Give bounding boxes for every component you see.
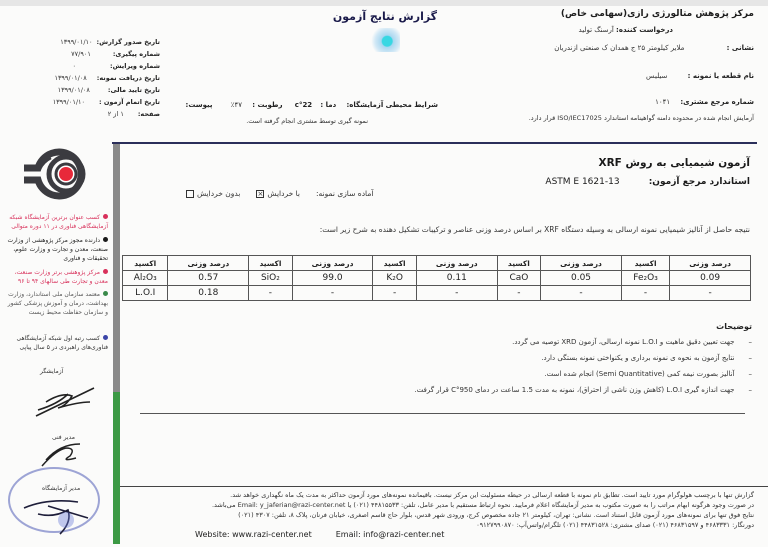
humidity-value: ۴۷٪: [231, 101, 242, 109]
meta-page-number: صفحه:۱ از ۲: [40, 110, 160, 118]
note-item: جهت تعیین دقیق ماهیت و L.O.I نمونه ارسال…: [414, 338, 752, 354]
note-item: آنالیز بصورت نیمه کمی (Semi Quantitative…: [414, 370, 752, 386]
meta-test-completion-date: تاریخ اتمام آزمون :۱۳۹۹/۰۱/۱۰: [40, 98, 160, 106]
notes-list: جهت تعیین دقیق ماهیت و L.O.I نمونه ارسال…: [414, 338, 752, 402]
footer-line-2: در صورت وجود هرگونه ابهام مراتب را به صو…: [212, 501, 754, 509]
sample-name-row: نام قطعه یا نمونه : سیلیس: [646, 72, 754, 80]
note-item: نتایج آزمون به نحوه ی نمونه برداری و یکن…: [414, 354, 752, 370]
unchecked-checkbox-icon[interactable]: [186, 190, 194, 198]
table-row: - - - - - - - - 0.18 L.O.I: [123, 286, 751, 301]
razi-center-logo-icon: [20, 142, 100, 206]
meta-tracking-number: شماره پیگیری:۷۷/۹۰۱: [40, 50, 160, 58]
customer-ref-row: شماره مرجع مشتری: ۱۰۴۱: [655, 98, 754, 106]
sidebar-bullet: کسب عنوان برترین آزمایشگاه شبکه آزمایشگا…: [4, 213, 108, 231]
standard-row: استاندارد مرجع آزمون: ASTM E 1621-13: [545, 177, 750, 187]
note-item: جهت اندازه گیری L.O.I (کاهش وزن ناشی از …: [414, 386, 752, 402]
footer-contacts: Website: www.razi-center.net Email: info…: [195, 530, 444, 539]
bullet-dot-icon: [103, 214, 108, 219]
footer-divider: [120, 486, 768, 487]
results-intro: نتیجه حاصل از آنالیز شیمیایی نمونه ارسال…: [320, 225, 750, 234]
sidebar-bullet: معتمد سازمان ملی استاندارد، وزارت بهداشت…: [4, 290, 108, 317]
meta-receive-date: تاریخ دریافت نمونه:۱۳۹۹/۰۱/۰۸: [40, 74, 160, 82]
requester-value: آرسنگ تولید: [579, 26, 614, 34]
footer-line-3: نتایج فوق تنها برای نمونه‌های مورد آزمون…: [238, 511, 754, 519]
notes-title: توضیحات: [716, 322, 752, 331]
hologram-qr-icon: [368, 28, 400, 52]
customer-ref-value: ۱۰۴۱: [655, 98, 670, 106]
prep-option-without-grinding[interactable]: بدون خردایش: [186, 189, 240, 198]
bullet-dot-icon: [103, 269, 108, 274]
xrf-results-table: درصد وزنی اکسید درصد وزنی اکسید درصد وزن…: [122, 255, 751, 301]
standard-value: ASTM E 1621-13: [545, 177, 619, 187]
bullet-dot-icon: [103, 335, 108, 340]
tester-label: آزمایشگر: [40, 368, 63, 375]
sample-name-value: سیلیس: [646, 72, 667, 80]
top-shadow: [0, 0, 768, 6]
footer-line-1: گزارش تنها با برچسب هولوگرام مورد تایید …: [230, 491, 754, 499]
section-title: آزمون شیمیایی به روش XRF: [599, 157, 751, 169]
temperature-value: 22°c: [295, 101, 312, 109]
sidebar-bullet: مرکز پژوهشی برتر وزارت صنعت، معدن و تجار…: [4, 268, 108, 286]
checked-checkbox-icon[interactable]: ×: [256, 190, 264, 198]
bullet-dot-icon: [103, 291, 108, 296]
prep-option-with-grinding[interactable]: با خردایش×: [256, 189, 300, 198]
left-accent-bar: [113, 144, 120, 544]
lab-manager-signature-icon: [18, 488, 98, 538]
sidebar-bullet: دارنده مجوز مرکز پژوهشی از وزارت صنعت، م…: [4, 236, 108, 263]
accreditation-note: آزمایش انجام شده در محدوده دامنه گواهینا…: [529, 114, 754, 122]
requester-row: درخواست کننده: آرسنگ تولید: [579, 26, 673, 34]
lab-conditions-row: شرایط محیطی آزمایشگاه: دما : 22°c رطوبت …: [186, 101, 438, 109]
sidebar-bullet: کسب رتبه اول شبکه آزمایشگاهی فناوری‌های …: [4, 334, 108, 352]
table-header-row: درصد وزنی اکسید درصد وزنی اکسید درصد وزن…: [123, 256, 751, 271]
meta-financial-approval-date: تاریخ تایید مالی:۱۳۹۹/۰۱/۰۸: [40, 86, 160, 94]
table-row: 0.09 Fe₂O₃ 0.05 CaO 0.11 K₂O 99.0 SiO₂ 0…: [123, 271, 751, 286]
meta-revision-number: شماره ویرایش:۰: [40, 62, 160, 70]
footer-line-4: دورنگار: ۴۶۸۳۳۳۱ و ۴۶۸۳۱۵۹۷ (۰۲۱) صدای م…: [476, 521, 754, 529]
address-value: ملایر کیلومتر ۲۵ ج همدان ک صنعتی ازندریا…: [554, 44, 684, 52]
tech-manager-signature-icon: [36, 440, 86, 470]
tester-signature-icon: [28, 380, 98, 420]
address-row: نشانی : ملایر کیلومتر ۲۵ ج همدان ک صنعتی…: [554, 44, 754, 52]
test-report-page: گزارش نتایج آزمون مرکز پژوهش متالورژی را…: [0, 0, 768, 547]
bullet-dot-icon: [103, 237, 108, 242]
sampling-note: نمونه گیری توسط مشتری انجام گرفته است.: [246, 117, 368, 125]
organization-name: مرکز پژوهش متالورژی رازی(سهامی خاص): [561, 9, 754, 19]
email-link[interactable]: Email: info@razi-center.net: [336, 530, 445, 539]
meta-issue-date: تاریخ صدور گزارش:۱۳۹۹/۰۱/۱۰: [40, 38, 160, 46]
notes-divider: [140, 413, 745, 414]
sample-preparation: آماده سازی نمونه: با خردایش× بدون خردایش: [186, 189, 373, 198]
website-link[interactable]: Website: www.razi-center.net: [195, 530, 312, 539]
report-title: گزارش نتایج آزمون: [330, 10, 440, 23]
